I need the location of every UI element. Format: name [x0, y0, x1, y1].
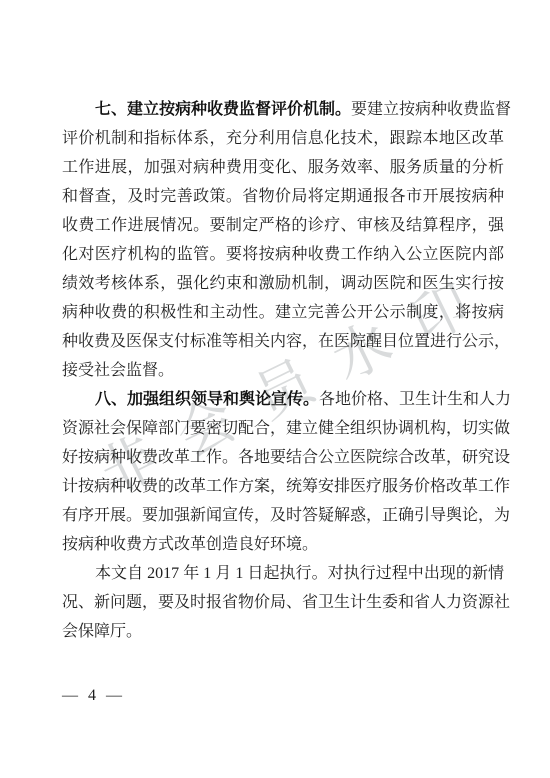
section-heading: 七、建立按病种收费监督评价机制。: [95, 101, 351, 118]
line-text: 化对医疗机构的监管。要将按病种收费工作纳入公立医院内部: [62, 246, 504, 263]
document-body: 七、建立按病种收费监督评价机制。要建立按病种收费监督 评价机制和指标体系，充分利…: [62, 95, 504, 646]
text-line: 况、新问题，要及时报省物价局、省卫生计生委和省人力资源社: [62, 588, 504, 617]
line-text: 好按病种收费改革工作。各地要结合公立医院综合改革，研究设: [62, 449, 510, 466]
text-line: 有序开展。要加强新闻宣传，及时答疑解惑，正确引导舆论，为: [62, 501, 504, 530]
document-page: 非会员水印 七、建立按病种收费监督评价机制。要建立按病种收费监督 评价机制和指标…: [0, 0, 550, 778]
line-text: 种收费及医保支付标准等相关内容，在医院醒目位置进行公示，: [62, 333, 510, 350]
line-text: 有序开展。要加强新闻宣传，及时答疑解惑，正确引导舆论，为: [62, 507, 510, 524]
line-text: 评价机制和指标体系，充分利用信息化技术，跟踪本地区改革: [62, 130, 504, 147]
text-line: 工作进展，加强对病种费用变化、服务效率、服务质量的分析: [62, 153, 504, 182]
line-text: 收费工作进展情况。要制定严格的诊疗、审核及结算程序，强: [62, 217, 504, 234]
text-line: 病种收费的积极性和主动性。建立完善公开公示制度，将按病: [62, 298, 504, 327]
line-text: 接受社会监督。: [62, 362, 174, 379]
page-number: — 4 —: [62, 687, 125, 705]
line-text: 况、新问题，要及时报省物价局、省卫生计生委和省人力资源社: [62, 594, 510, 611]
text-line: 收费工作进展情况。要制定严格的诊疗、审核及结算程序，强: [62, 211, 504, 240]
line-text: 会保障厅。: [62, 623, 142, 640]
line-text: 病种收费的积极性和主动性。建立完善公开公示制度，将按病: [62, 304, 504, 321]
text-line: 和督查，及时完善政策。省物价局将定期通报各市开展按病种: [62, 182, 504, 211]
text-line: 本文自 2017 年 1 月 1 日起执行。对执行过程中出现的新情: [62, 559, 504, 588]
text-line: 接受社会监督。: [62, 356, 504, 385]
text-line: 按病种收费方式改革创造良好环境。: [62, 530, 504, 559]
line-text: 按病种收费方式改革创造良好环境。: [62, 536, 318, 553]
text-line: 种收费及医保支付标准等相关内容，在医院醒目位置进行公示，: [62, 327, 504, 356]
text-line: 绩效考核体系，强化约束和激励机制，调动医院和医生实行按: [62, 269, 504, 298]
text-line: 好按病种收费改革工作。各地要结合公立医院综合改革，研究设: [62, 443, 504, 472]
text-line: 会保障厅。: [62, 617, 504, 646]
line-text: 资源社会保障部门要密切配合，建立健全组织协调机构，切实做: [62, 420, 510, 437]
line-text: 计按病种收费的改革工作方案，统筹安排医疗服务价格改革工作: [62, 478, 510, 495]
line-text: 工作进展，加强对病种费用变化、服务效率、服务质量的分析: [62, 159, 504, 176]
text-line: 资源社会保障部门要密切配合，建立健全组织协调机构，切实做: [62, 414, 504, 443]
text-line: 化对医疗机构的监管。要将按病种收费工作纳入公立医院内部: [62, 240, 504, 269]
text-line: 计按病种收费的改革工作方案，统筹安排医疗服务价格改革工作: [62, 472, 504, 501]
line-text: 和督查，及时完善政策。省物价局将定期通报各市开展按病种: [62, 188, 504, 205]
text-line: 评价机制和指标体系，充分利用信息化技术，跟踪本地区改革: [62, 124, 504, 153]
text-line: 八、加强组织领导和舆论宣传。各地价格、卫生计生和人力: [62, 385, 504, 414]
line-text: 本文自 2017 年 1 月 1 日起执行。对执行过程中出现的新情: [95, 565, 504, 582]
line-text: 各地价格、卫生计生和人力: [319, 391, 511, 408]
line-text: 绩效考核体系，强化约束和激励机制，调动医院和医生实行按: [62, 275, 504, 292]
text-line: 七、建立按病种收费监督评价机制。要建立按病种收费监督: [62, 95, 504, 124]
section-heading: 八、加强组织领导和舆论宣传。: [95, 391, 319, 408]
line-text: 要建立按病种收费监督: [351, 101, 511, 118]
